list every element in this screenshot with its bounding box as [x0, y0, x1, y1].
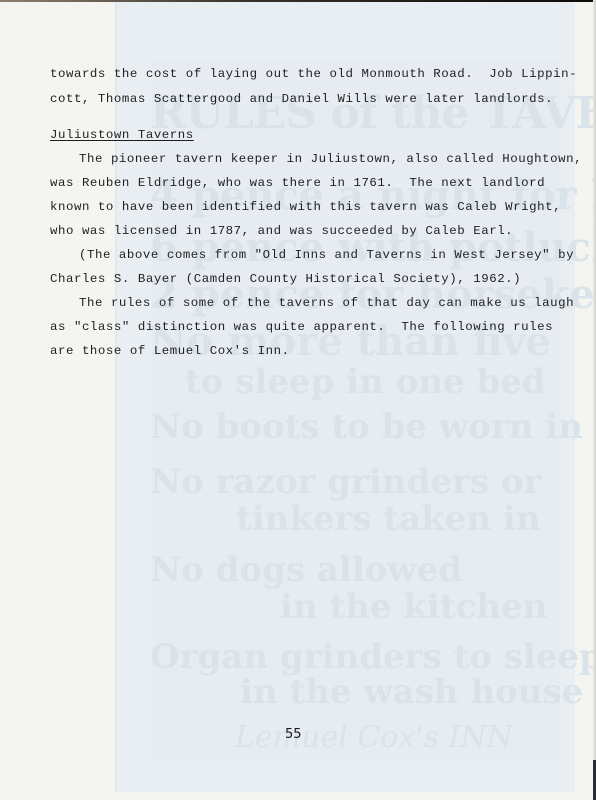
paragraph-line: cott, Thomas Scattergood and Daniel Will… [50, 93, 553, 105]
paragraph-line: The pioneer tavern keeper in Juliustown,… [79, 153, 582, 165]
citation-line: (The above comes from "Old Inns and Tave… [79, 249, 574, 261]
paragraph-line: who was licensed in 1787, and was succee… [50, 225, 513, 237]
paragraph-line: The rules of some of the taverns of that… [79, 297, 574, 309]
paragraph-line: are those of Lemuel Cox's Inn. [50, 345, 290, 357]
citation-line: Charles S. Bayer (Camden County Historic… [50, 273, 521, 285]
typewritten-page: towards the cost of laying out the old M… [0, 0, 596, 800]
paragraph-line: towards the cost of laying out the old M… [50, 68, 577, 80]
page-number: 55 [285, 727, 302, 742]
section-heading: Juliustown Taverns [50, 129, 194, 141]
paragraph-line: known to have been identified with this … [50, 201, 561, 213]
paragraph-line: was Reuben Eldridge, who was there in 17… [50, 177, 545, 189]
paragraph-line: as "class" distinction was quite apparen… [50, 321, 553, 333]
